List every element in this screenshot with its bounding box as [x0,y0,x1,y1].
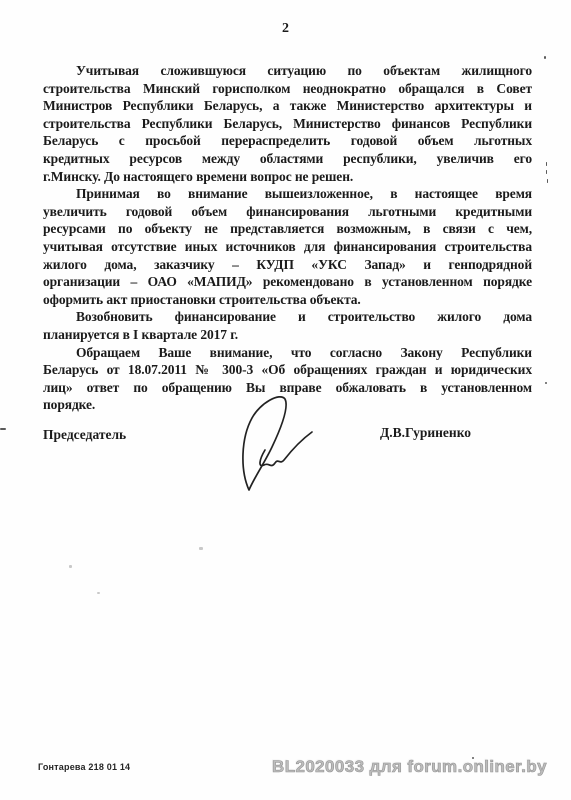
paragraph-line: Беларусь от 18.07.2011 № 300-3 «Об обращ… [43,361,532,379]
paragraph-line: Обращаем Ваше внимание, что согласно Зак… [43,344,532,362]
paragraph-line: планируется в I квартале 2017 г. [43,326,532,344]
paragraph-line: увеличить годовой объем финансирования л… [43,203,532,221]
scan-artifact [546,162,547,166]
signer-title: Председатель [43,426,126,444]
letter-body: Учитывая сложившуюся ситуацию по объекта… [43,62,532,414]
paragraph-line: Принимая во внимание вышеизложенное, в н… [43,185,532,203]
scan-artifact [545,382,547,384]
paragraph-line: кредитных ресурсов между областями респу… [43,150,532,168]
paragraph-line: г.Минску. До настоящего времени вопрос н… [43,168,532,186]
paragraph-line: строительства Республики Беларусь, Минис… [43,115,532,133]
executor-reference: Гонтарева 218 01 14 [38,762,130,772]
paragraph-line: оформить акт приостановки строительства … [43,291,532,309]
scan-artifact [97,592,100,594]
paragraph-line: Учитывая сложившуюся ситуацию по объекта… [43,62,532,80]
paragraph-line: ресурсами по объекту не представляется в… [43,220,532,238]
scan-artifact [199,547,203,550]
scan-artifact [544,56,546,59]
forum-watermark: BL2020033 для forum.onliner.by [272,757,547,777]
paragraph-line: Возобновить финансирование и строительст… [43,308,532,326]
scan-artifact [0,428,6,430]
paragraph-line: Беларусь с просьбой перераспределить год… [43,132,532,150]
scan-artifact [546,170,547,174]
handwritten-signature [238,390,318,498]
scan-artifact [472,757,474,759]
paragraph-line: строительства Минский горисполком неодно… [43,80,532,98]
paragraph-line: учитывая отсутствие иных источников для … [43,238,532,256]
scan-artifact [547,179,548,183]
paragraph-line: организации – ОАО «МАПИД» рекомендовано … [43,273,532,291]
signer-name: Д.В.Гуриненко [380,424,471,442]
scanned-letter-page: 2 Учитывая сложившуюся ситуацию по объек… [0,0,571,800]
page-number: 2 [0,21,571,37]
paragraph-line: Министров Республики Беларусь, а также М… [43,97,532,115]
paragraph-line: жилого дома, заказчику – КУДП «УКС Запад… [43,256,532,274]
scan-artifact [69,565,72,568]
